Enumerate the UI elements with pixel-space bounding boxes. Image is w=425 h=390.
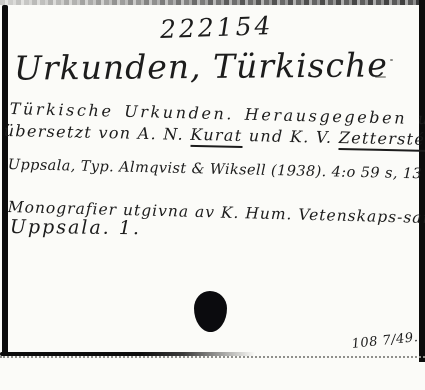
authors-text: übersetzt von A. N. (4, 121, 191, 144)
body-line-imprint: Uppsala, Typ. Almqvist & Wiksell (1938).… (8, 157, 425, 183)
scan-speck (390, 59, 393, 61)
author-name-kurat: Kurat (190, 125, 242, 148)
accession-date-note: 108 7/49. (351, 330, 419, 352)
scan-edge-top (0, 0, 425, 5)
body-line-series-continued: Uppsala. 1. (10, 216, 141, 239)
accession-number: 222154 (160, 11, 274, 44)
ink-filled-punch-hole (194, 291, 227, 332)
scan-edge-left (2, 5, 8, 354)
catalog-card-scan: 222154 Urkunden, Türkische Türkische Urk… (0, 0, 425, 390)
author-name-zettersteen: Zetterstéen (339, 128, 425, 152)
card-bottom-perforation (0, 356, 425, 358)
authors-text: und K. V. (242, 126, 339, 147)
card-heading: Urkunden, Türkische (14, 45, 388, 87)
